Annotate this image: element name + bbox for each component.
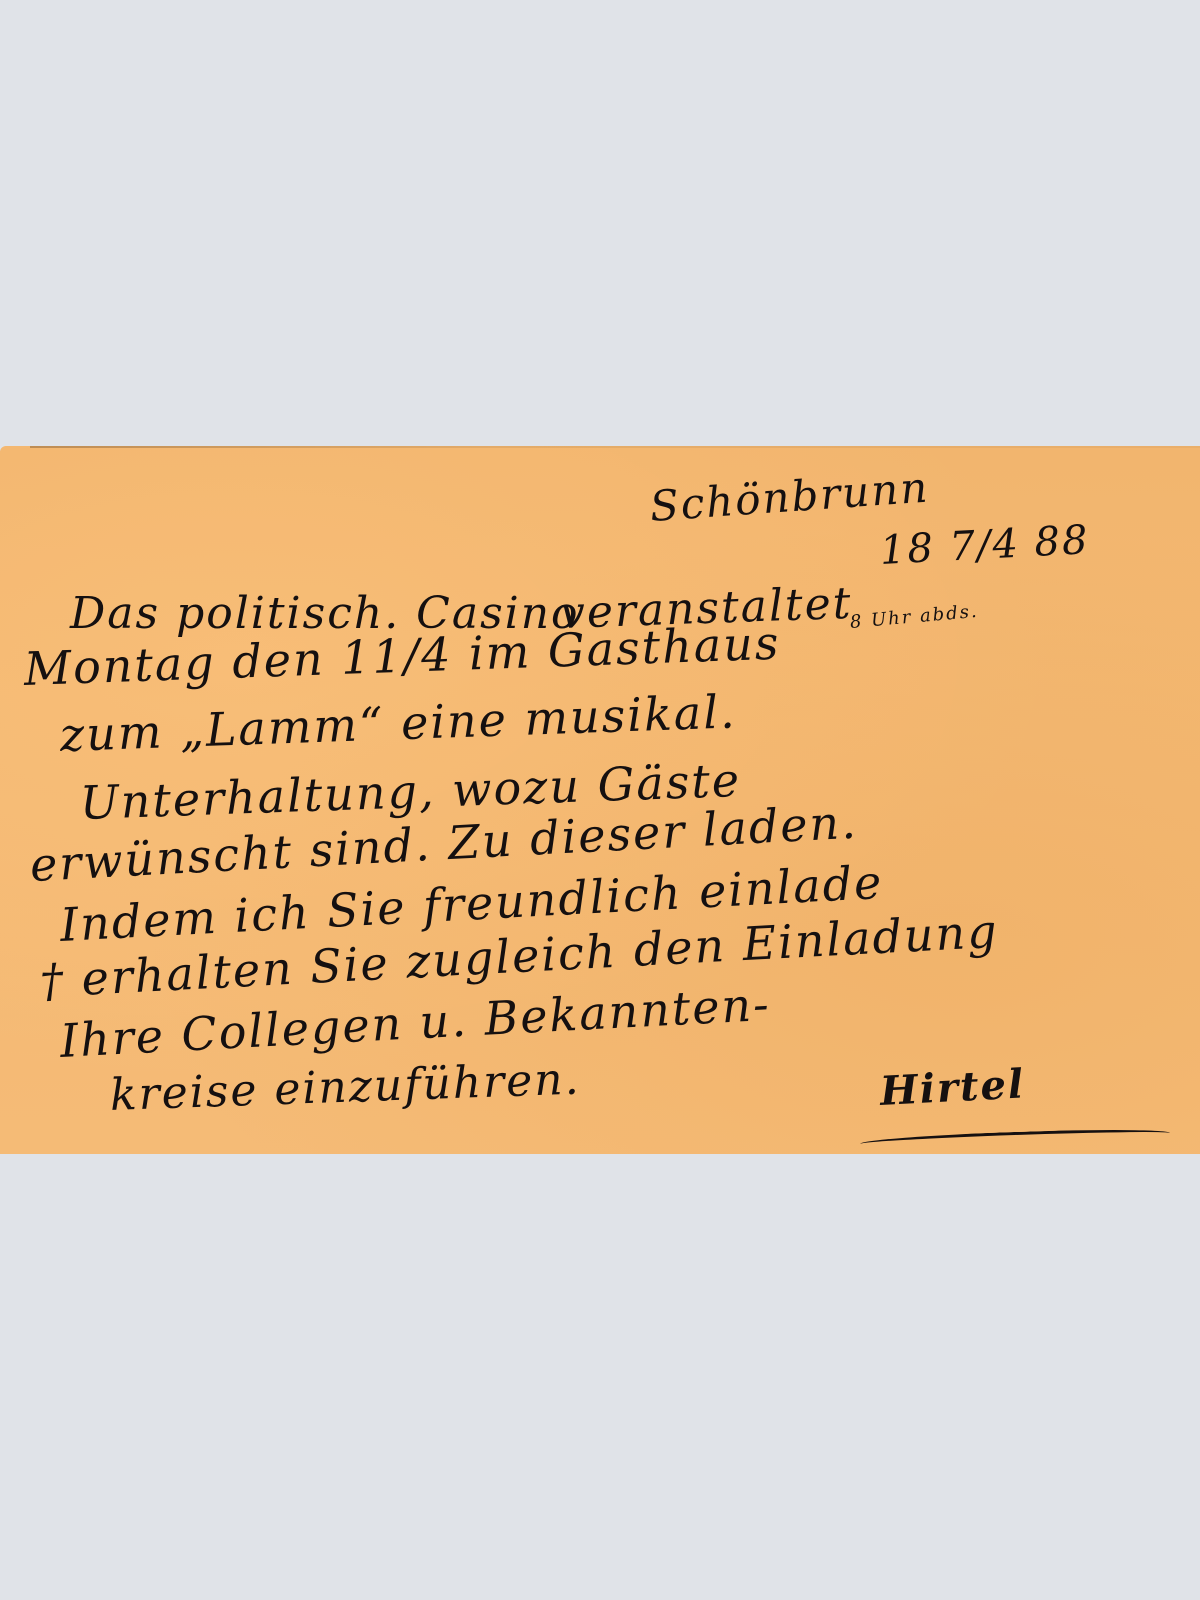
postcard: Schönbrunn 18 7/4 88 Das politisch. Casi… (0, 446, 1200, 1154)
date: 18 7/4 88 (879, 517, 1091, 574)
text-line-3: zum „Lamm“ eine musikal. (59, 684, 737, 762)
place-name: Schönbrunn (648, 463, 931, 531)
text-line-9: kreise einzuführen. (109, 1054, 581, 1121)
interlinear-note: 8 Uhr abds. (849, 601, 979, 633)
signature-flourish (860, 1127, 1170, 1151)
signature: Hirtel (879, 1060, 1026, 1115)
